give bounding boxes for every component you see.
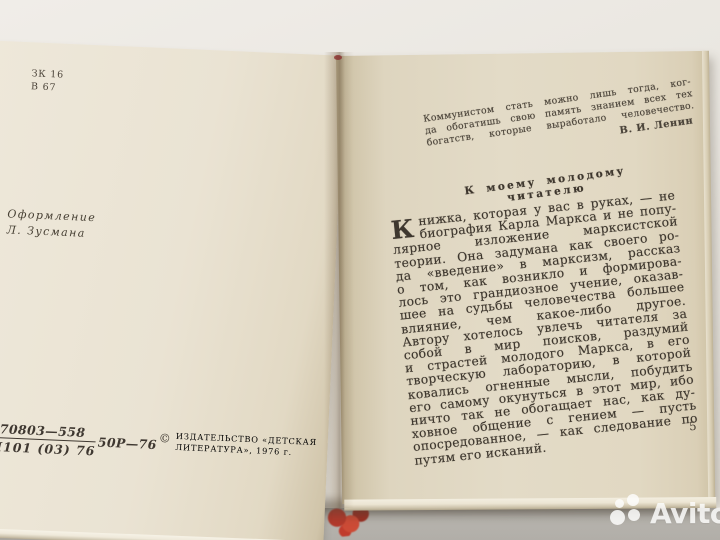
designer-line2: Л. Зусмана [6,222,95,241]
catalog-number: В 70803—558 М101 (03) 76 50Р—76 [0,420,158,461]
drop-cap: К [390,216,415,243]
right-page: Коммунистом стать можно лишь тогда, ког-… [336,51,712,504]
catalog-denominator: М101 (03) 76 [0,438,96,459]
body-text: К нижка, которая у вас в руках, — небиог… [390,189,700,467]
page-number: 5 [689,419,697,434]
catalog-price-code: 50Р—76 [97,435,157,453]
epigraph: Коммунистом стать можно лишь тогда, ког-… [423,76,697,164]
avito-watermark: Avito [608,493,720,533]
library-codes: ЗК 16 В 67 [31,67,64,94]
publisher-text: ИЗДАТЕЛЬСТВО «ДЕТСКАЯ ЛИТЕРАТУРА», 1976 … [175,431,317,459]
catalog-fraction: 70803—558 М101 (03) 76 [0,421,97,459]
designer-credit: Оформление Л. Зусмана [6,206,96,241]
avito-watermark-label: Avito [650,497,720,530]
headband-dot [334,55,342,60]
body-rest-lines: лярное изложение марксистскойтеории. Она… [393,216,700,468]
avito-logo-icon [608,493,648,533]
publisher-imprint: © ИЗДАТЕЛЬСТВО «ДЕТСКАЯ ЛИТЕРАТУРА», 197… [158,430,317,459]
left-page: ЗК 16 В 67 Оформление Л. Зусмана В 70803… [0,40,345,540]
book-gutter [324,52,354,508]
library-code-line2: В 67 [31,80,64,94]
photo-scene: ЗК 16 В 67 Оформление Л. Зусмана В 70803… [0,0,720,540]
copyright-icon: © [159,432,172,445]
